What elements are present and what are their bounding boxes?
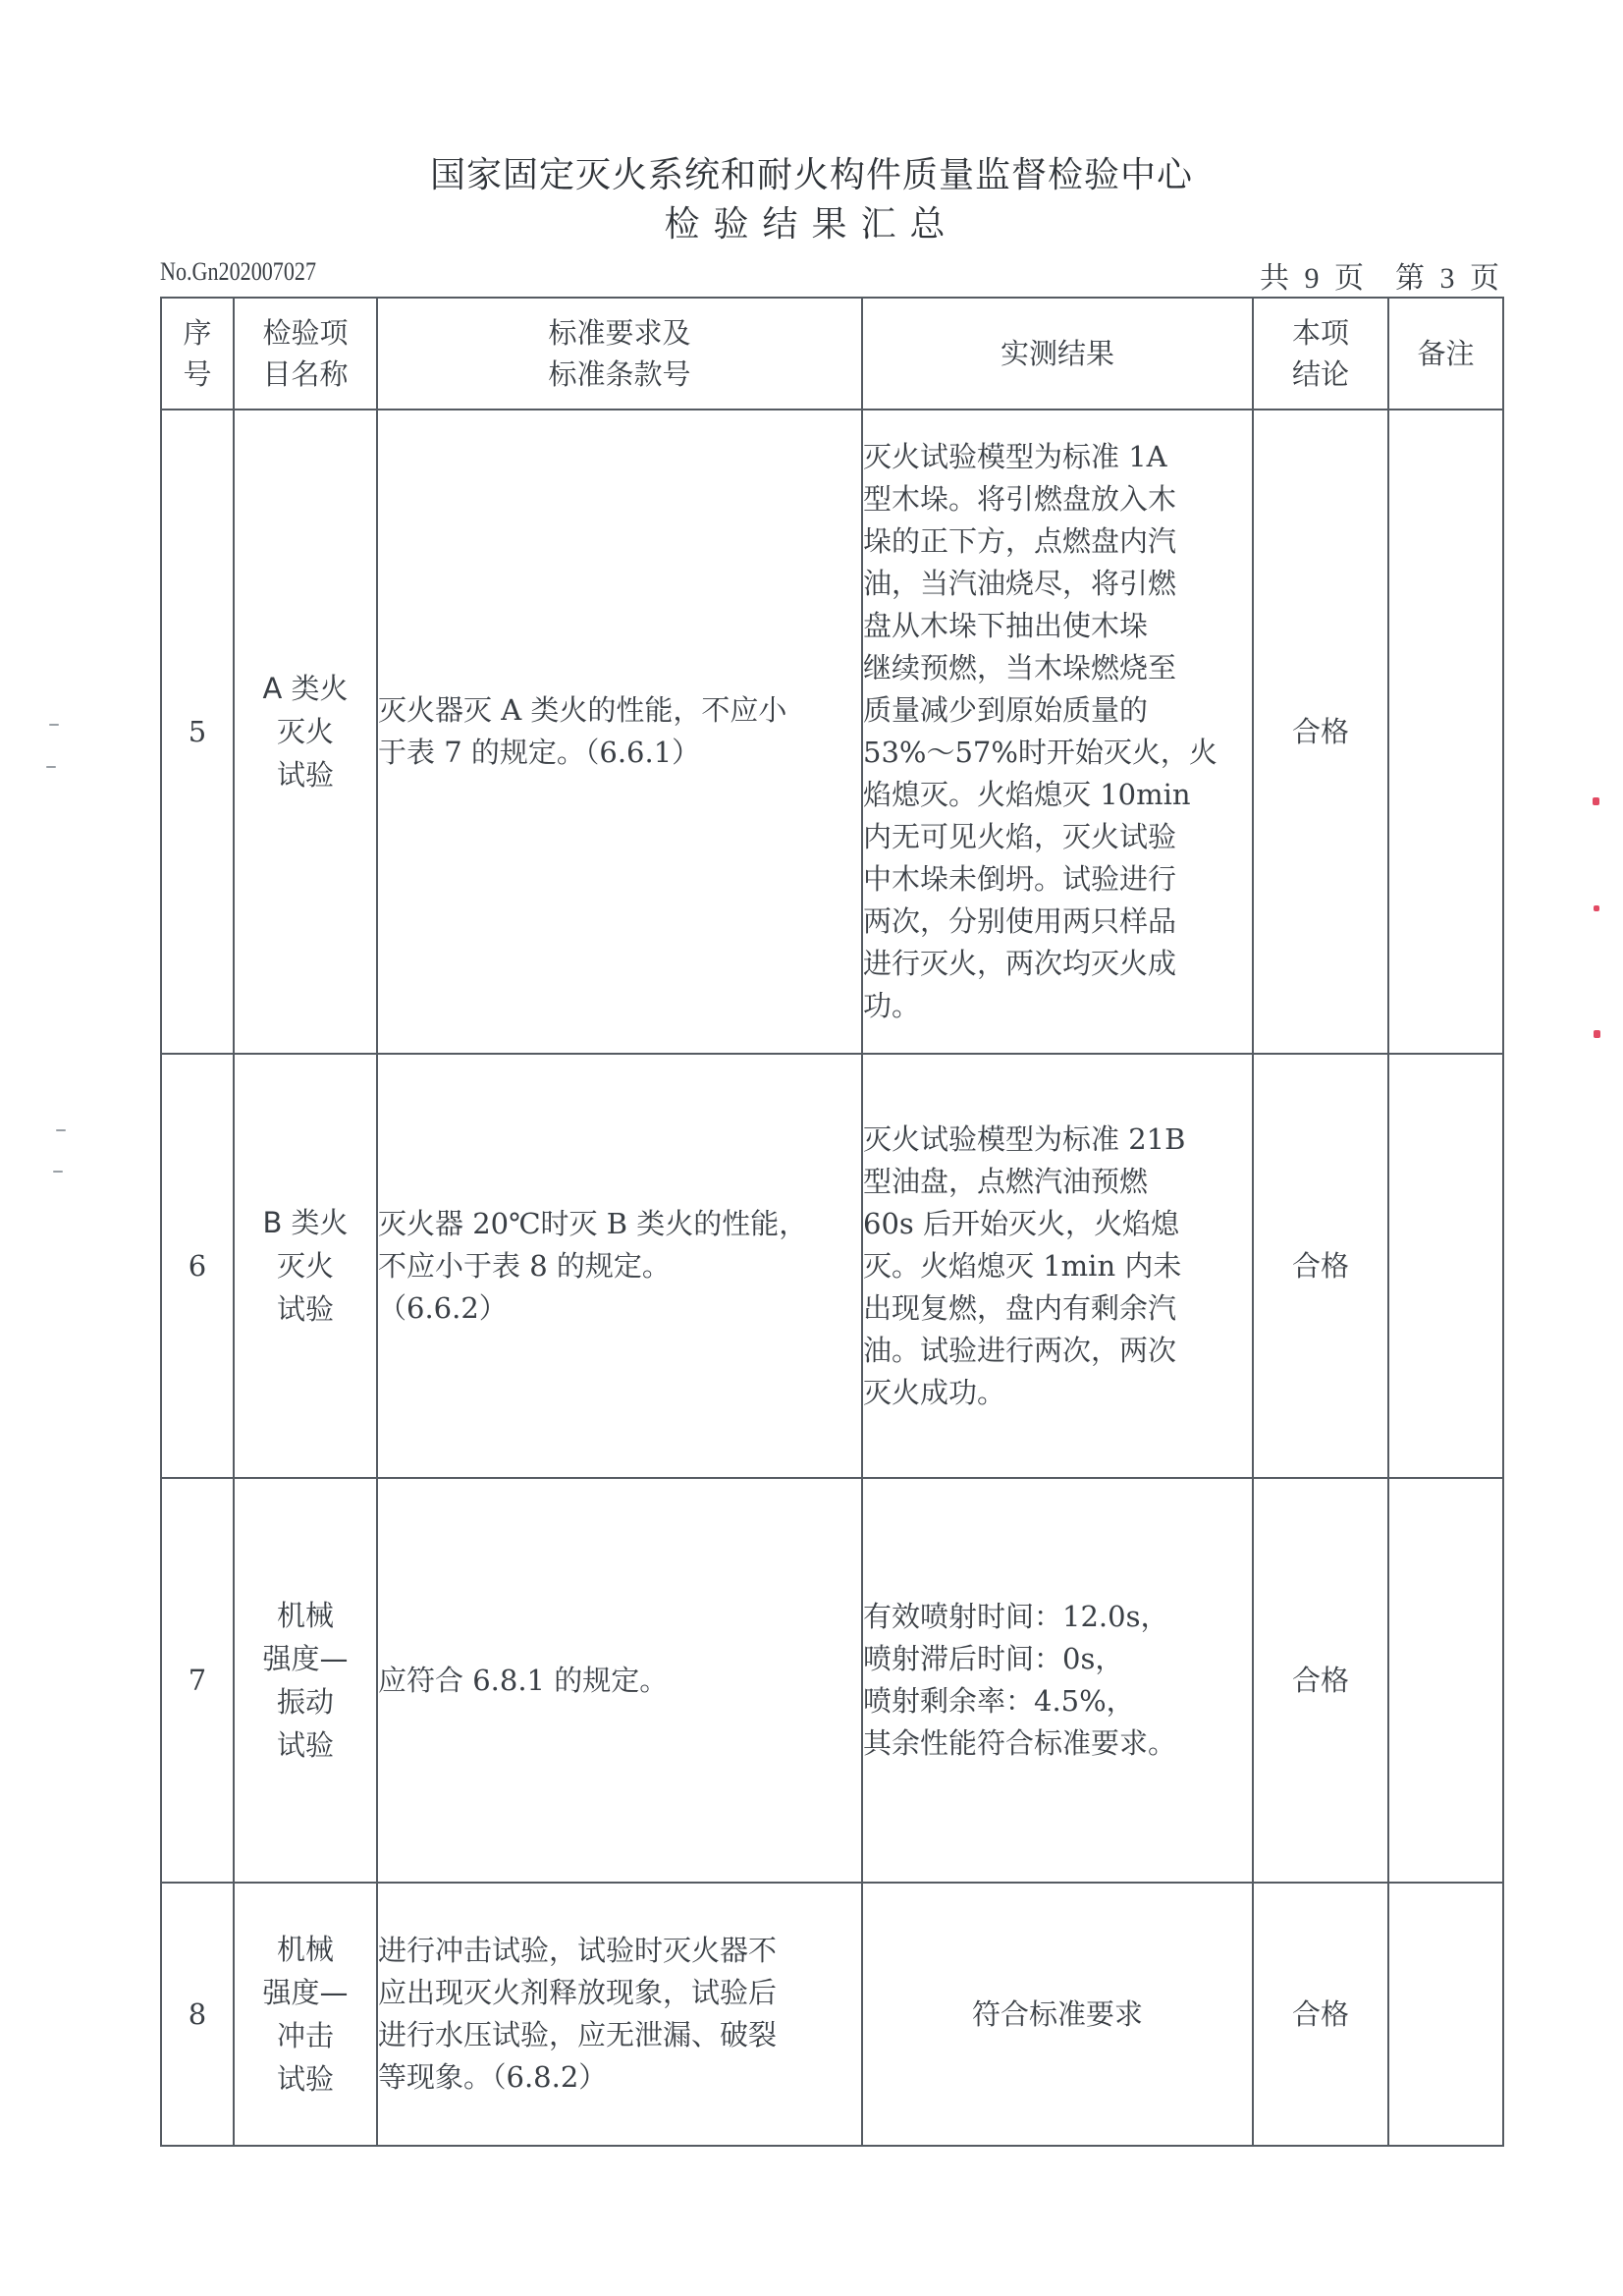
header-seq-no: 序 号 [161,298,234,410]
row-remark [1388,1478,1503,1883]
row-seq-no: 8 [161,1883,234,2146]
table-header-row: 序 号 检验项 目名称 标准要求及 标准条款号 实测结果 本项 结论 备注 [161,298,1503,410]
row-conclusion: 合格 [1253,410,1388,1054]
page-indicator: 共 9 页 第 3 页 [1260,253,1503,297]
row-measured-result: 有效喷射时间：12.0s， 喷射滞后时间：0s， 喷射剩余率：4.5%， 其余性… [862,1478,1253,1883]
scan-artifact [53,1171,63,1173]
row-seq-no: 5 [161,410,234,1054]
table-row: 7 机械 强度— 振动 试验 应符合 6.8.1 的规定。 有效喷射时间：12.… [161,1478,1503,1883]
row-remark [1388,1054,1503,1478]
header-item-name: 检验项 目名称 [234,298,377,410]
current-page: 第 3 页 [1395,253,1503,297]
scan-artifact [46,766,56,768]
seal-fragment [1593,797,1599,805]
header-measured-result: 实测结果 [862,298,1253,410]
report-number: No.Gn202007027 [160,257,316,287]
row-standard-requirement: 应符合 6.8.1 的规定。 [377,1478,862,1883]
row-measured-result: 符合标准要求 [862,1883,1253,2146]
table-row: 5 A 类火 灭火 试验 灭火器灭 A 类火的性能，不应小 于表 7 的规定。（… [161,410,1503,1054]
row-seq-no: 6 [161,1054,234,1478]
row-remark [1388,1883,1503,2146]
scan-artifact [56,1129,66,1131]
row-remark [1388,410,1503,1054]
inspection-results-table: 序 号 检验项 目名称 标准要求及 标准条款号 实测结果 本项 结论 备注 [160,297,1504,2147]
header-standard-requirement: 标准要求及 标准条款号 [377,298,862,410]
total-pages: 共 9 页 [1260,253,1368,297]
row-measured-result: 灭火试验模型为标准 21B 型油盘，点燃汽油预燃 60s 后开始灭火，火焰熄 灭… [862,1054,1253,1478]
organization-title: 国家固定灭火系统和耐火构件质量监督检验中心 [0,147,1623,197]
scan-artifact [49,724,59,726]
table-row: 6 B 类火 灭火 试验 灭火器 20℃时灭 B 类火的性能， 不应小于表 8 … [161,1054,1503,1478]
row-item-name: 机械 强度— 冲击 试验 [234,1883,377,2146]
document-title: 检验结果汇总 [0,196,1623,246]
row-seq-no: 7 [161,1478,234,1883]
table-row: 8 机械 强度— 冲击 试验 进行冲击试验，试验时灭火器不 应出现灭火剂释放现象… [161,1883,1503,2146]
row-standard-requirement: 灭火器 20℃时灭 B 类火的性能， 不应小于表 8 的规定。 （6.6.2） [377,1054,862,1478]
row-item-name: 机械 强度— 振动 试验 [234,1478,377,1883]
row-item-name: B 类火 灭火 试验 [234,1054,377,1478]
row-conclusion: 合格 [1253,1054,1388,1478]
row-standard-requirement: 灭火器灭 A 类火的性能，不应小 于表 7 的规定。（6.6.1） [377,410,862,1054]
header-conclusion: 本项 结论 [1253,298,1388,410]
seal-fragment [1594,1030,1600,1038]
row-standard-requirement: 进行冲击试验，试验时灭火器不 应出现灭火剂释放现象，试验后 进行水压试验，应无泄… [377,1883,862,2146]
seal-fragment [1594,905,1599,911]
header-remark: 备注 [1388,298,1503,410]
row-conclusion: 合格 [1253,1478,1388,1883]
row-item-name: A 类火 灭火 试验 [234,410,377,1054]
row-conclusion: 合格 [1253,1883,1388,2146]
row-measured-result: 灭火试验模型为标准 1A 型木垛。将引燃盘放入木 垛的正下方，点燃盘内汽 油，当… [862,410,1253,1054]
